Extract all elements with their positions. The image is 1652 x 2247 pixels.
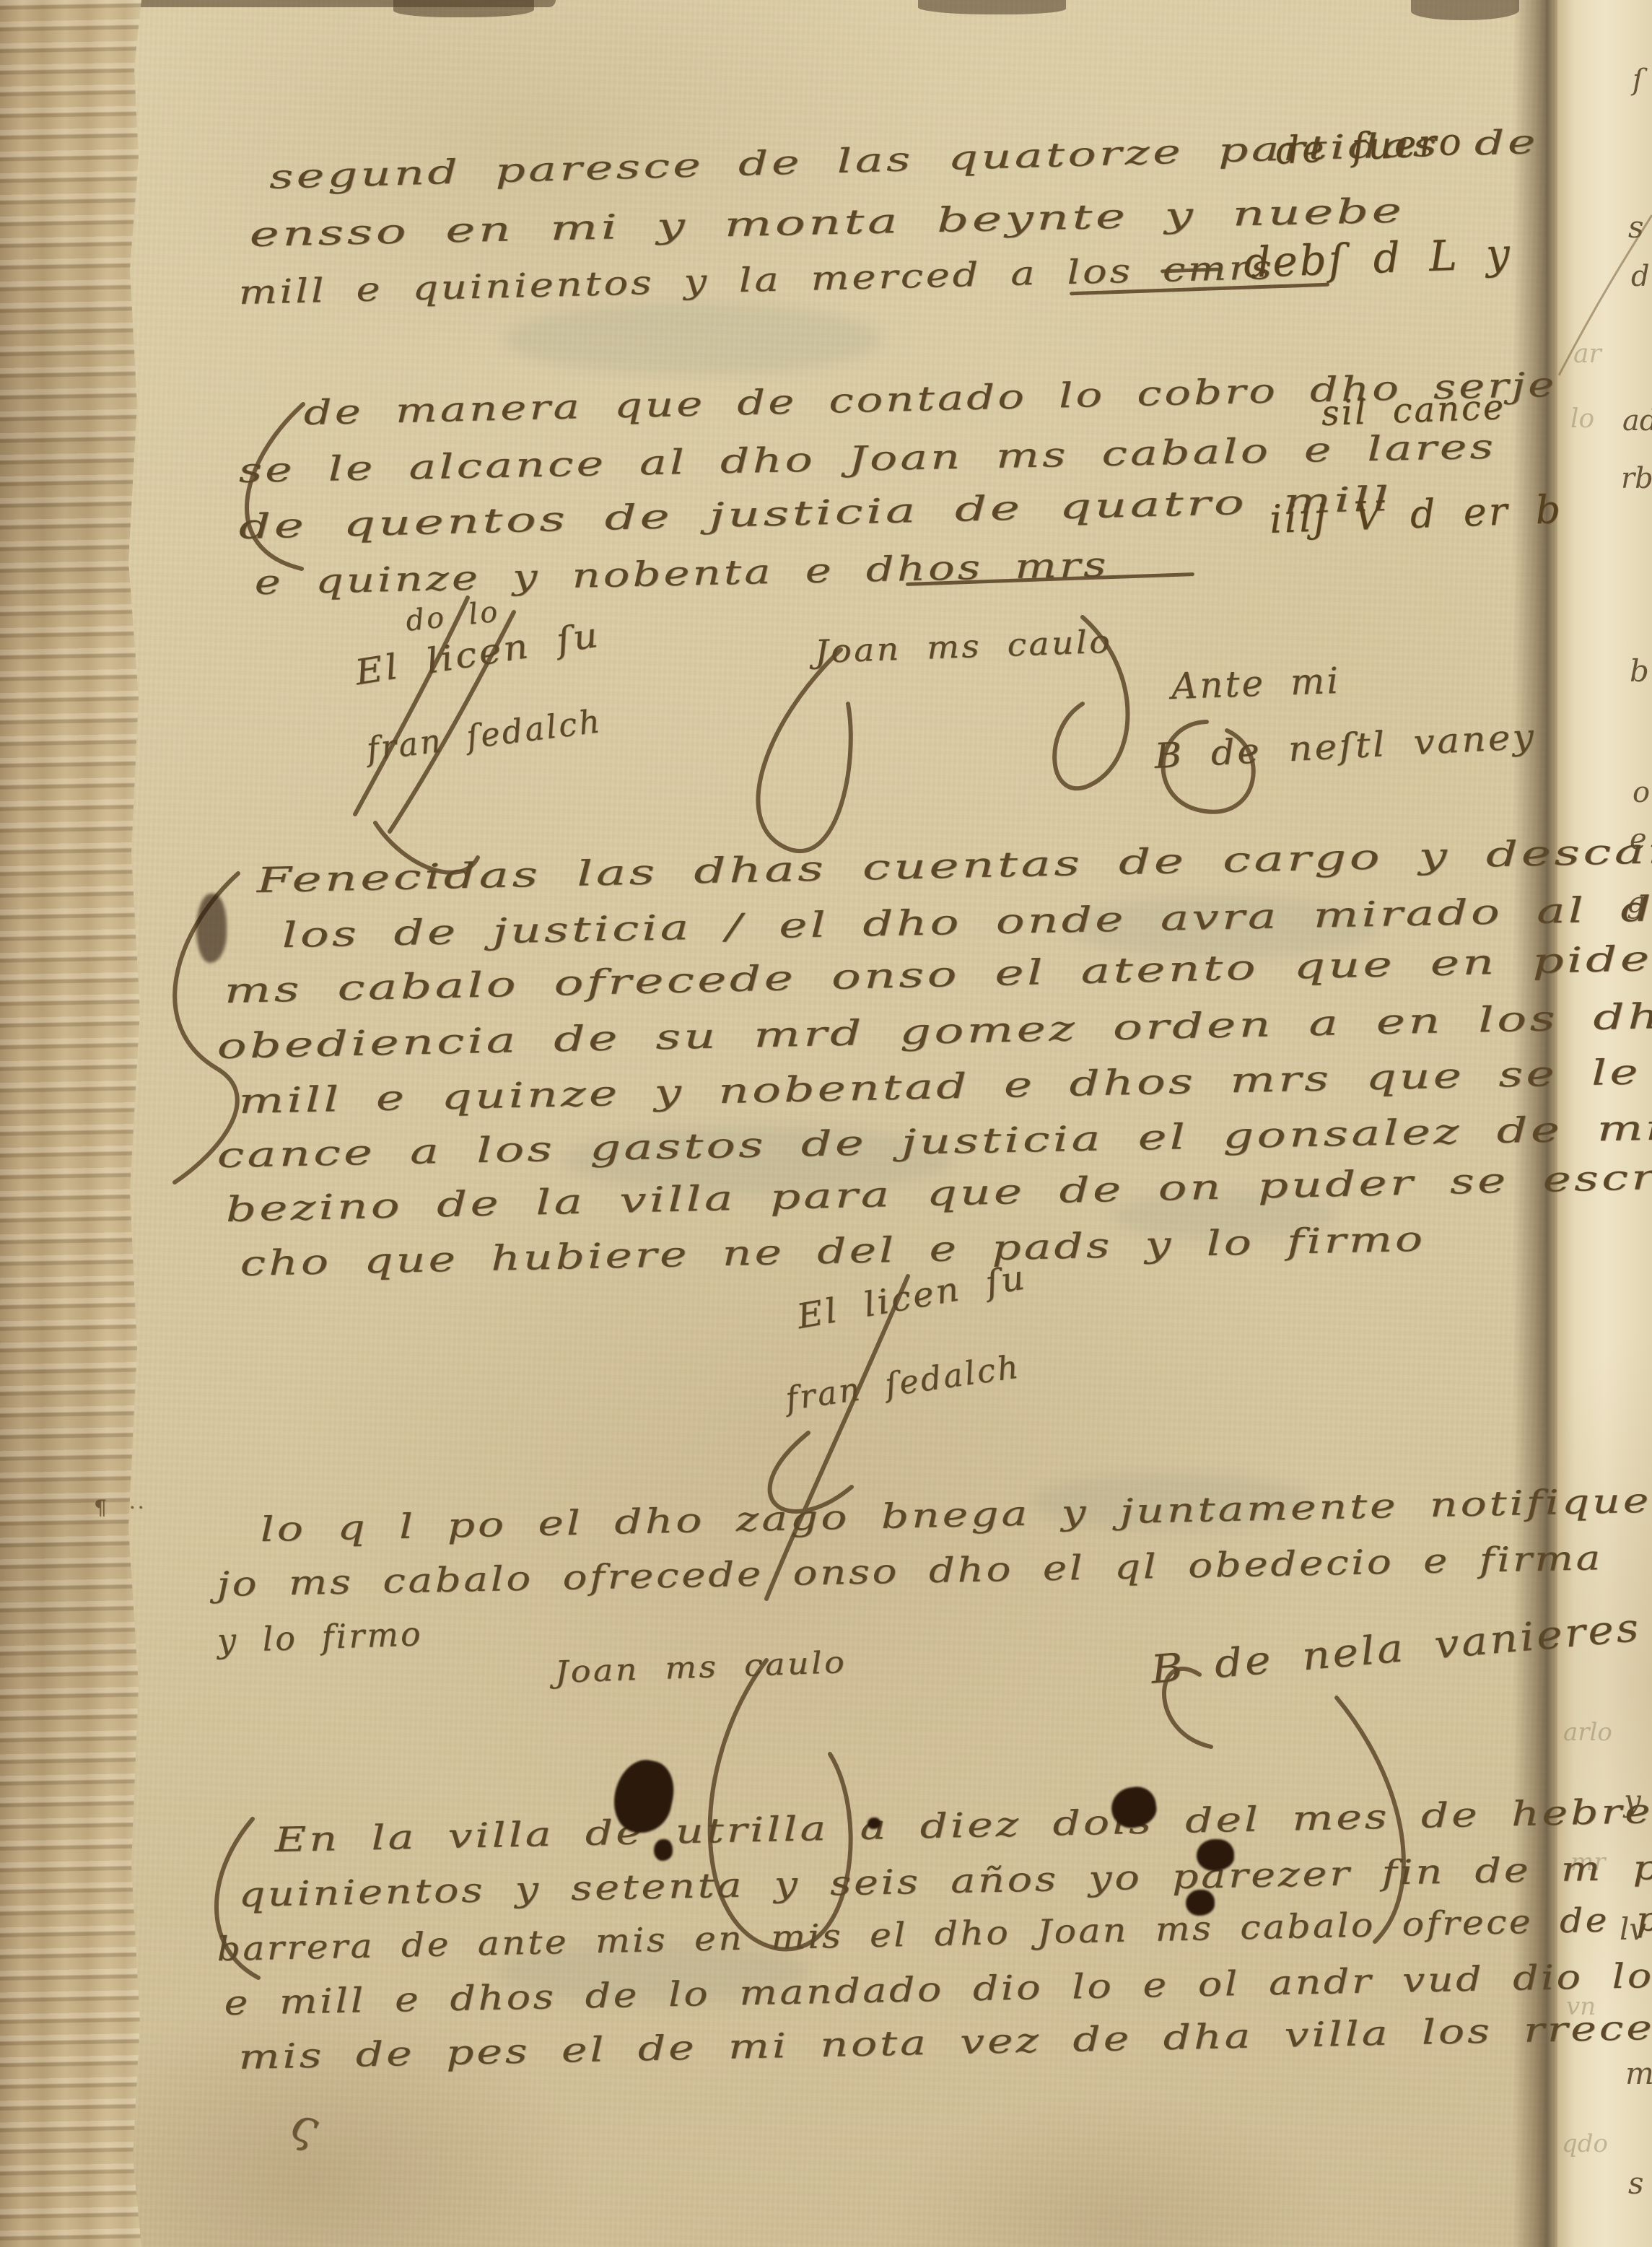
signature-descender (1337, 1698, 1404, 1942)
flourish-layer (0, 0, 1652, 2247)
manuscript-scan: segund paresce de las quatorze partidas … (0, 0, 1652, 2247)
rubric-stroke (355, 598, 468, 814)
initial-flourish (217, 1819, 258, 1978)
ink-blot (1186, 1890, 1215, 1916)
ink-blot (196, 894, 227, 963)
rubric-stroke (766, 1276, 908, 1599)
initial-flourish (247, 404, 303, 569)
signature-loop (759, 650, 851, 851)
ink-blot (867, 1818, 880, 1829)
next-page-corner-line (1559, 215, 1652, 375)
ink-blot (1197, 1839, 1234, 1871)
signature-loop (1164, 1669, 1211, 1747)
signature-loop (710, 1660, 851, 1950)
rubric-stroke (390, 612, 514, 832)
signature-loop (1054, 617, 1127, 788)
ink-blot (654, 1839, 673, 1861)
signature-circle (1163, 722, 1254, 812)
